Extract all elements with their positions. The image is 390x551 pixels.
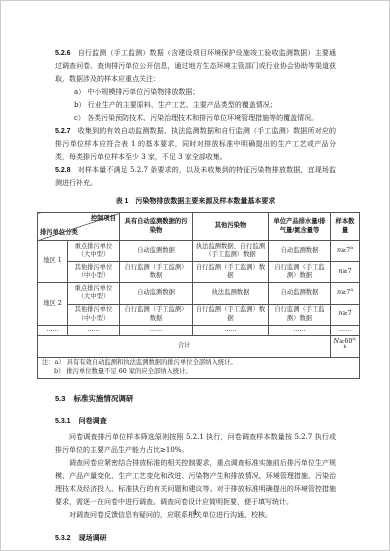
header-auto-monitor: 具有自动监测数据的污染物 (120, 213, 193, 241)
sample-cell: n≥7 (331, 304, 360, 325)
total-label-cell: 合计 (38, 336, 331, 357)
clause-text: 收集到的有效自动监测数据、执法监测数据和自行监测（手工监测）数据所对应的排污单位… (55, 127, 336, 161)
total-value-cell: N≥60a,b (331, 336, 360, 357)
category-cell: 其他排污单位（中小型） (68, 304, 120, 325)
ellipsis-cell: …… (38, 325, 68, 336)
auto-data-cell: 自动监测数据 (120, 283, 193, 304)
sample-value: n≥7 (338, 310, 351, 319)
header-other-pollutants: 其他污染物 (193, 213, 269, 241)
heading-title: 标准实施情况调研 (73, 394, 133, 403)
other-data-cell: 执法监测数据 (193, 283, 269, 304)
region-cell: 地区 2 (38, 283, 68, 325)
header-unit-class: 排污单位分类 (40, 229, 78, 238)
list-item-b: b） 行业生产的主要原料、生产工艺、主要产品类型的覆盖情况； (55, 99, 336, 112)
document-page: 5.2.6自行监测（手工监测）数据（含建设项目环境保护设施竣工验收监测数据）主要… (0, 0, 390, 551)
category-cell: 重点排污单位（大中型） (68, 283, 120, 304)
region-cell: 地区 1 (38, 241, 68, 283)
table-row: 地区 2 重点排污单位（大中型） 自动监测数据 执法监测数据 自动监测数据 n≥… (38, 283, 360, 304)
sample-cell: n≥7a (331, 241, 360, 262)
heading-number: 5.3.1 (55, 418, 71, 425)
footnote-ref: a (350, 288, 353, 293)
unit-data-cell: 自行监测（手工监测）数据 (269, 262, 331, 283)
auto-data-cell: 自行监测（手工监测）数据 (120, 304, 193, 325)
list-item-a: a） 中小规模排污单位污染物排放数据； (55, 86, 336, 99)
table-notes-cell: 注：a） 具有有效自动监测和执法监测数据的排污单位全部纳入统计。 b） 排污单位… (38, 357, 360, 378)
table-row: 其他排污单位（中小型） 自行监测（手工监测）数据 自行监测（手工监测）数据 自行… (38, 262, 360, 283)
auto-data-cell: 自动监测数据 (120, 241, 193, 262)
heading-5-3-2: 5.3.2现场调研 (55, 532, 336, 545)
list-item-c: c） 各类污染预防技术、污染治理技术和排污单位环境管理措施等的覆盖情况。 (55, 112, 336, 125)
heading-number: 5.3.2 (55, 535, 71, 542)
footnote-ref: a (350, 246, 353, 251)
ellipsis-cell: …… (68, 325, 120, 336)
ellipsis-cell: …… (120, 325, 193, 336)
header-unit-product: 单位产品排水量/排气量/氮含量等 (269, 213, 331, 241)
clause-number: 5.2.8 (55, 167, 71, 174)
table-title: 表 1 污染物排放数据主要来源及样本数量基本要求 (55, 195, 336, 208)
ellipsis-cell: …… (193, 325, 269, 336)
clause-5-2-8: 5.2.8对样本量不满足 5.2.7 条要求的，以及未收集到的特征污染物排放数据… (55, 164, 336, 190)
other-data-cell: 执法监测数据、自行监测（手工监测）数据 (193, 241, 269, 262)
unit-data-cell: 自动监测数据 (269, 283, 331, 304)
auto-data-cell: 自行监测（手工监测）数据 (120, 262, 193, 283)
category-cell: 重点排污单位（大中型） (68, 241, 120, 262)
clause-number: 5.2.6 (55, 50, 71, 57)
note-b: b） 排污单位数量不足 60 家的应全部纳入统计。 (42, 368, 355, 377)
ellipsis-cell: …… (331, 325, 360, 336)
sample-value: n≥7 (337, 247, 350, 256)
clause-5-2-7: 5.2.7收集到的有效自动监测数据、执法监测数据和自行监测（手工监测）数据所对应… (55, 125, 336, 164)
sample-value: n≥7 (338, 268, 351, 277)
heading-number: 5.3 (55, 394, 65, 403)
paragraph-questionnaire-content: 调查问卷应紧密结合排放标准的相关控制要求，重点调查标准实施前后排污单位生产规模、… (55, 457, 336, 509)
sample-value: n≥7 (337, 289, 350, 298)
header-sample-count: 样本数量 (331, 213, 360, 241)
heading-5-3: 5.3标准实施情况调研 (55, 392, 336, 405)
sample-cell: n≥7a (331, 283, 360, 304)
ellipsis-row: …… …… …… …… …… …… (38, 325, 360, 336)
total-row: 合计 N≥60a,b (38, 336, 360, 357)
table-notes-row: 注：a） 具有有效自动监测和执法监测数据的排污单位全部纳入统计。 b） 排污单位… (38, 357, 360, 378)
table-1: 控制项目 排污单位分类 具有自动监测数据的污染物 其他污染物 单位产品排水量/排… (37, 212, 360, 379)
unit-data-cell: 自动监测数据 (269, 241, 331, 262)
ellipsis-cell: …… (269, 325, 331, 336)
heading-title: 问卷调查 (79, 418, 107, 425)
unit-data-cell: 自行监测（手工监测）数据 (269, 304, 331, 325)
table-row: 其他排污单位（中小型） 自行监测（手工监测）数据 自行监测（手工监测）数据 自行… (38, 304, 360, 325)
clause-text: 自行监测（手工监测）数据（含建设项目环境保护设施竣工验收监测数据）主要通过调查问… (55, 49, 336, 83)
heading-5-3-1: 5.3.1问卷调查 (55, 415, 336, 428)
other-data-cell: 自行监测（手工监测）数据 (193, 304, 269, 325)
note-a: 注：a） 具有有效自动监测和执法监测数据的排污单位全部纳入统计。 (42, 359, 355, 368)
diagonal-header-cell: 控制项目 排污单位分类 (38, 213, 120, 241)
page-number: 4 (1, 507, 389, 520)
category-cell: 其他排污单位（中小型） (68, 262, 120, 283)
clause-text: 对样本量不满足 5.2.7 条要求的，以及未收集到的特征污染物排放数据，宜现场监… (55, 166, 336, 187)
table-header-row: 控制项目 排污单位分类 具有自动监测数据的污染物 其他污染物 单位产品排水量/排… (38, 213, 360, 241)
table-row: 地区 1 重点排污单位（大中型） 自动监测数据 执法监测数据、自行监测（手工监测… (38, 241, 360, 262)
heading-title: 现场调研 (79, 535, 107, 542)
other-data-cell: 自行监测（手工监测）数据 (193, 262, 269, 283)
sample-cell: n≥7 (331, 262, 360, 283)
clause-5-2-6: 5.2.6自行监测（手工监测）数据（含建设项目环境保护设施竣工验收监测数据）主要… (55, 47, 336, 86)
paragraph-survey-sample: 问卷调查排污单位样本筛选原则按照 5.2.1 执行，问卷调查样本数量按 5.2.… (55, 431, 336, 457)
clause-number: 5.2.7 (55, 128, 71, 135)
header-control-item: 控制项目 (91, 215, 116, 224)
